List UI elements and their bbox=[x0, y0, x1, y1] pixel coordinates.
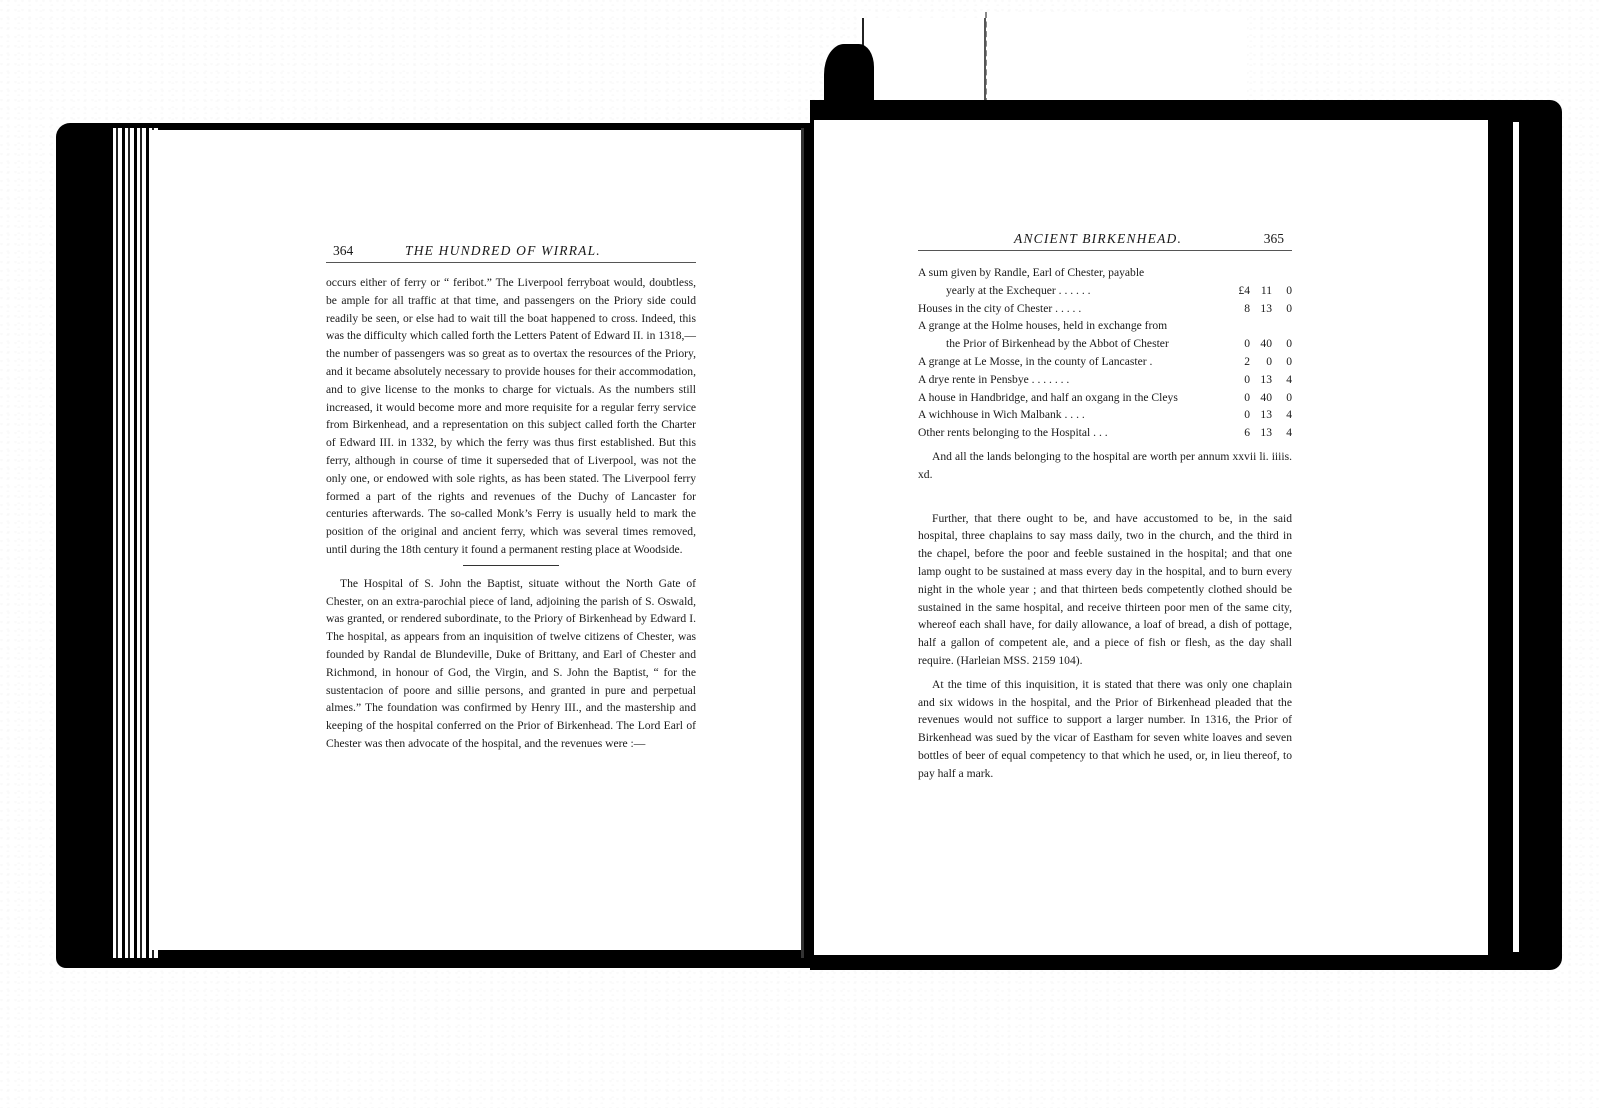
left-running-head: 364 THE HUNDRED OF WIRRAL. bbox=[333, 243, 695, 259]
paragraph: At the time of this inquisition, it is s… bbox=[918, 676, 1292, 783]
running-title: THE HUNDRED OF WIRRAL. bbox=[405, 243, 601, 259]
ledger-row: A wichhouse in Wich Malbank . . . .0134 bbox=[918, 406, 1292, 424]
right-running-head: ANCIENT BIRKENHEAD. 365 bbox=[918, 231, 1284, 247]
pence-value: 0 bbox=[1272, 353, 1292, 371]
paragraph: The Hospital of S. John the Baptist, sit… bbox=[326, 575, 696, 753]
pence-value: 0 bbox=[1272, 389, 1292, 407]
pounds-value: 0 bbox=[1224, 406, 1250, 424]
ledger-row: Houses in the city of Chester . . . . .8… bbox=[918, 300, 1292, 318]
header-rule bbox=[918, 250, 1292, 251]
running-title: ANCIENT BIRKENHEAD. bbox=[1014, 231, 1182, 247]
pence-value: 4 bbox=[1272, 424, 1292, 442]
ledger-amount: 0400 bbox=[1222, 335, 1292, 353]
ledger-amount: 200 bbox=[1222, 353, 1292, 371]
shillings-value: 0 bbox=[1250, 353, 1272, 371]
pence-value: 0 bbox=[1272, 300, 1292, 318]
ledger-description: A sum given by Randle, Earl of Chester, … bbox=[918, 264, 1222, 282]
right-body-text: And all the lands belonging to the hospi… bbox=[918, 448, 1292, 783]
pounds-value: £4 bbox=[1224, 282, 1250, 300]
left-body-text: occurs either of ferry or “ feribot.” Th… bbox=[326, 274, 696, 753]
shillings-value: 13 bbox=[1250, 300, 1272, 318]
ledger-row: Other rents belonging to the Hospital . … bbox=[918, 424, 1292, 442]
ledger-description: Houses in the city of Chester . . . . . bbox=[918, 300, 1222, 318]
ledger-row: the Prior of Birkenhead by the Abbot of … bbox=[918, 335, 1292, 353]
shillings-value: 40 bbox=[1250, 389, 1272, 407]
page-number: 365 bbox=[1264, 231, 1284, 247]
ledger-description: the Prior of Birkenhead by the Abbot of … bbox=[918, 335, 1222, 353]
pounds-value: 0 bbox=[1224, 389, 1250, 407]
ledger-amount: 0400 bbox=[1222, 389, 1292, 407]
ledger-row: A drye rente in Pensbye . . . . . . .013… bbox=[918, 371, 1292, 389]
section-divider bbox=[463, 565, 559, 566]
pence-value: 0 bbox=[1272, 282, 1292, 300]
shillings-value bbox=[1250, 317, 1272, 335]
pounds-value: 0 bbox=[1224, 371, 1250, 389]
revenue-ledger: A sum given by Randle, Earl of Chester, … bbox=[918, 264, 1292, 442]
ledger-amount: 8130 bbox=[1222, 300, 1292, 318]
shillings-value: 13 bbox=[1250, 406, 1272, 424]
ledger-description: Other rents belonging to the Hospital . … bbox=[918, 424, 1222, 442]
ledger-row: A grange at the Holme houses, held in ex… bbox=[918, 317, 1292, 335]
pence-value bbox=[1272, 264, 1292, 282]
ledger-row: A sum given by Randle, Earl of Chester, … bbox=[918, 264, 1292, 282]
page-number: 364 bbox=[333, 243, 405, 259]
pence-value: 0 bbox=[1272, 335, 1292, 353]
header-rule bbox=[326, 262, 696, 263]
ledger-amount: £4110 bbox=[1222, 282, 1292, 300]
paragraph: occurs either of ferry or “ feribot.” Th… bbox=[326, 274, 696, 559]
pounds-value bbox=[1224, 317, 1250, 335]
ledger-row: A house in Handbridge, and half an oxgan… bbox=[918, 389, 1292, 407]
paragraph: Further, that there ought to be, and hav… bbox=[918, 510, 1292, 670]
pence-value: 4 bbox=[1272, 371, 1292, 389]
paper-tab bbox=[985, 12, 1247, 104]
ledger-amount bbox=[1222, 317, 1292, 335]
page-edges-right bbox=[1485, 122, 1530, 952]
ledger-description: A grange at Le Mosse, in the county of L… bbox=[918, 353, 1222, 371]
pounds-value: 6 bbox=[1224, 424, 1250, 442]
ledger-description: A wichhouse in Wich Malbank . . . . bbox=[918, 406, 1222, 424]
ledger-amount: 0134 bbox=[1222, 406, 1292, 424]
binding-clasp bbox=[824, 44, 874, 120]
shillings-value bbox=[1250, 264, 1272, 282]
pounds-value: 2 bbox=[1224, 353, 1250, 371]
ledger-row: A grange at Le Mosse, in the county of L… bbox=[918, 353, 1292, 371]
pence-value bbox=[1272, 317, 1292, 335]
ledger-description: yearly at the Exchequer . . . . . . bbox=[918, 282, 1222, 300]
ledger-amount bbox=[1222, 264, 1292, 282]
ledger-amount: 0134 bbox=[1222, 371, 1292, 389]
ledger-description: A drye rente in Pensbye . . . . . . . bbox=[918, 371, 1222, 389]
shillings-value: 11 bbox=[1250, 282, 1272, 300]
shillings-value: 13 bbox=[1250, 424, 1272, 442]
pence-value: 4 bbox=[1272, 406, 1292, 424]
ledger-description: A grange at the Holme houses, held in ex… bbox=[918, 317, 1222, 335]
pounds-value: 8 bbox=[1224, 300, 1250, 318]
pounds-value bbox=[1224, 264, 1250, 282]
book-gutter bbox=[801, 128, 804, 958]
shillings-value: 40 bbox=[1250, 335, 1272, 353]
shillings-value: 13 bbox=[1250, 371, 1272, 389]
paper-tab bbox=[862, 18, 986, 110]
ledger-row: yearly at the Exchequer . . . . . .£4110 bbox=[918, 282, 1292, 300]
pounds-value: 0 bbox=[1224, 335, 1250, 353]
ledger-amount: 6134 bbox=[1222, 424, 1292, 442]
ledger-description: A house in Handbridge, and half an oxgan… bbox=[918, 389, 1222, 407]
summary: And all the lands belonging to the hospi… bbox=[918, 448, 1292, 484]
